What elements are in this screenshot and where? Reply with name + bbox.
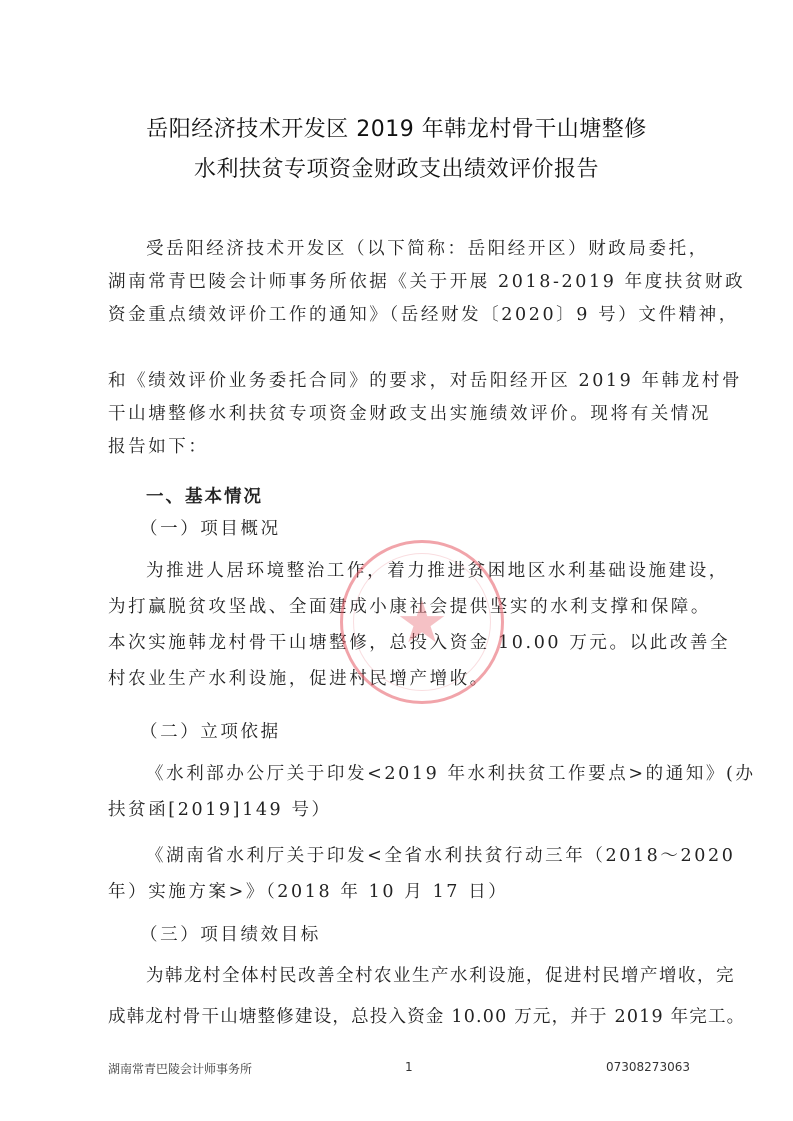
intro-line: 干山塘整修水利扶贫专项资金财政支出实施绩效评价。现将有关情况 (108, 400, 688, 425)
section-heading-basic-info: 一、基本情况 (146, 483, 688, 508)
subsection-heading-overview: （一）项目概况 (140, 515, 682, 540)
report-title-line-2: 水利扶贫专项资金财政支出绩效评价报告 (0, 152, 793, 183)
basis-line: 《水利部办公厅关于印发<2019 年水利扶贫工作要点>的通知》(办 (146, 760, 688, 785)
goals-line: 成韩龙村骨干山塘整修建设，总投入资金 10.00 万元，并于 2019 年完工。 (108, 1003, 688, 1028)
intro-line: 和《绩效评价业务委托合同》的要求，对岳阳经开区 2019 年韩龙村骨 (108, 367, 688, 392)
overview-line: 为推进人居环境整治工作，着力推进贫困地区水利基础设施建设， (146, 557, 688, 582)
basis-line: 扶贫函[2019]149 号） (108, 796, 688, 821)
footer-firm-name: 湖南常青巴陵会计师事务所 (108, 1060, 252, 1077)
overview-line: 本次实施韩龙村骨干山塘整修，总投入资金 10.00 万元。以此改善全 (108, 629, 688, 654)
overview-line: 为打赢脱贫攻坚战、全面建成小康社会提供坚实的水利支撑和保障。 (108, 593, 688, 618)
goals-line: 为韩龙村全体村民改善全村农业生产水利设施，促进村民增产增收，完 (146, 962, 688, 987)
overview-line: 村农业生产水利设施，促进村民增产增收。 (108, 665, 688, 690)
footer-page-number: 1 (405, 1060, 413, 1074)
intro-line: 受岳阳经济技术开发区（以下简称：岳阳经开区）财政局委托， (146, 235, 688, 260)
footer-phone: 07308273063 (606, 1060, 690, 1074)
intro-line: 湖南常青巴陵会计师事务所依据《关于开展 2018-2019 年度扶贫财政 (108, 268, 688, 293)
basis-line: 《湖南省水利厅关于印发<全省水利扶贫行动三年（2018～2020 (146, 842, 688, 867)
subsection-heading-basis: （二）立项依据 (140, 718, 682, 743)
subsection-heading-goals: （三）项目绩效目标 (140, 921, 682, 946)
intro-line: 资金重点绩效评价工作的通知》（岳经财发〔2020〕9 号）文件精神， (108, 301, 688, 326)
intro-line: 报告如下： (108, 433, 688, 458)
report-title-line-1: 岳阳经济技术开发区 2019 年韩龙村骨干山塘整修 (0, 112, 793, 143)
basis-line: 年）实施方案>》（2018 年 10 月 17 日） (108, 878, 688, 903)
